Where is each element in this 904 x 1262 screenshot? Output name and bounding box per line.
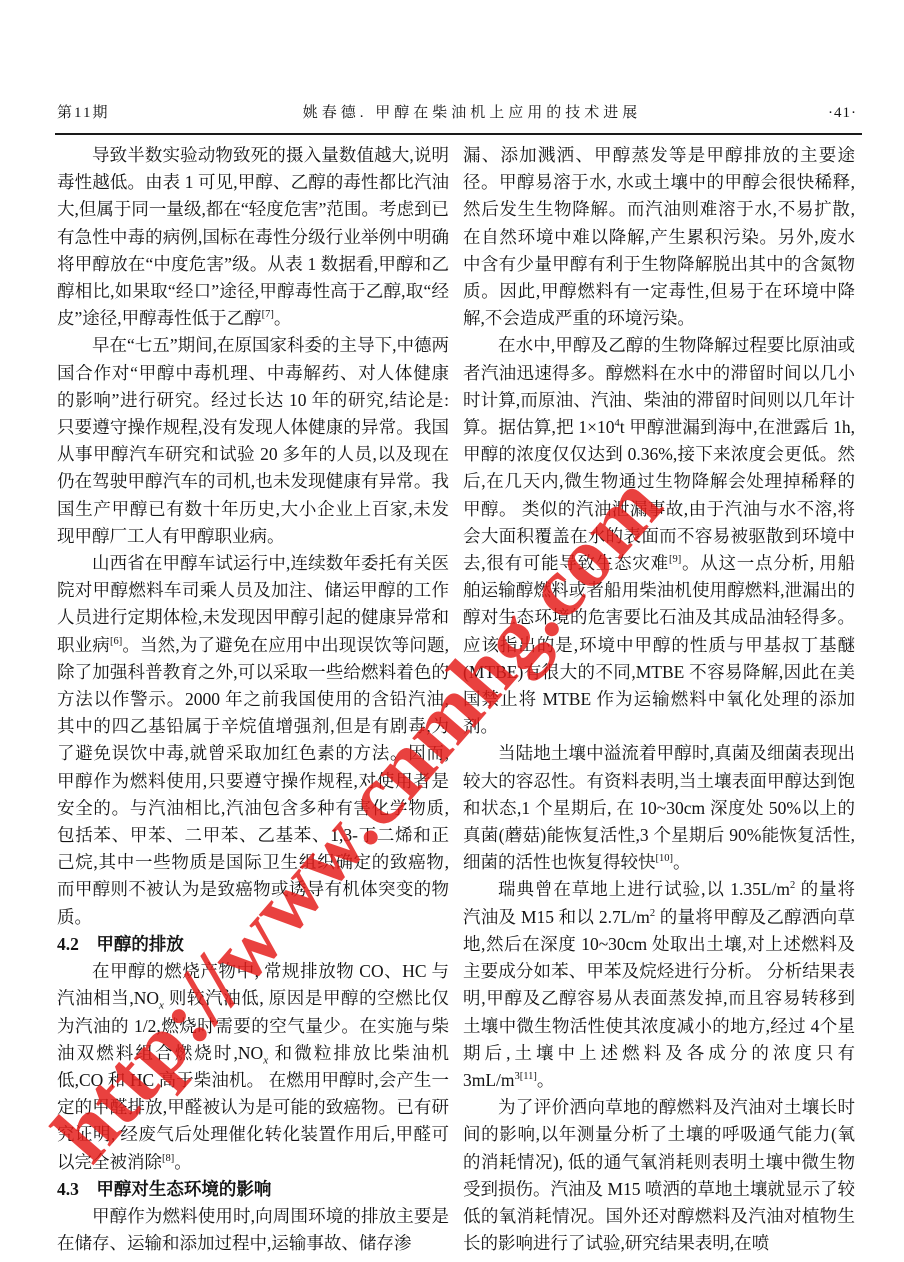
right-column: 漏、添加溅洒、甲醇蒸发等是甲醇排放的主要途径。甲醇易溶于水, 水或土壤中的甲醇会… — [463, 142, 855, 1257]
paragraph: 导致半数实验动物致死的摄入量数值越大,说明毒性越低。由表 1 可见,甲醇、乙醇的… — [57, 142, 449, 332]
section-heading: 4.2 甲醇的排放 — [57, 931, 449, 958]
section-heading: 4.3 甲醇对生态环境的影响 — [57, 1176, 449, 1203]
left-column: 导致半数实验动物致死的摄入量数值越大,说明毒性越低。由表 1 可见,甲醇、乙醇的… — [57, 142, 449, 1257]
paragraph: 漏、添加溅洒、甲醇蒸发等是甲醇排放的主要途径。甲醇易溶于水, 水或土壤中的甲醇会… — [463, 142, 855, 332]
paragraph: 为了评价洒向草地的醇燃料及汽油对土壤长时间的影响,以年测量分析了土壤的呼吸通气能… — [463, 1094, 855, 1257]
paragraph: 在水中,甲醇及乙醇的生物降解过程要比原油或者汽油迅速得多。醇燃料在水中的滞留时间… — [463, 332, 855, 740]
paragraph: 甲醇作为燃料使用时,向周围环境的排放主要是在储存、运输和添加过程中,运输事故、储… — [57, 1203, 449, 1257]
paragraph: 在甲醇的燃烧产物中, 常规排放物 CO、HC 与汽油相当,NOx 则较汽油低, … — [57, 958, 449, 1176]
running-title: 姚春德. 甲醇在柴油机上应用的技术进展 — [177, 102, 767, 124]
paragraph: 早在“七五”期间,在原国家科委的主导下,中德两国合作对“甲醇中毒机理、中毒解药、… — [57, 332, 449, 550]
page-header: 第11期 姚春德. 甲醇在柴油机上应用的技术进展 ·41· — [57, 102, 857, 124]
issue-label: 第11期 — [57, 102, 177, 124]
paragraph: 当陆地土壤中溢流着甲醇时,真菌及细菌表现出较大的容忍性。有资料表明,当土壤表面甲… — [463, 740, 855, 876]
header-rule — [55, 133, 862, 135]
paragraph: 瑞典曾在草地上进行试验,以 1.35L/m2 的量将汽油及 M15 和以 2.7… — [463, 876, 855, 1094]
article-body: 导致半数实验动物致死的摄入量数值越大,说明毒性越低。由表 1 可见,甲醇、乙醇的… — [57, 142, 856, 1257]
journal-page-scan: 第11期 姚春德. 甲醇在柴油机上应用的技术进展 ·41· 导致半数实验动物致死… — [0, 0, 904, 1262]
page-number: ·41· — [767, 102, 857, 124]
paragraph: 山西省在甲醇车试运行中,连续数年委托有关医院对甲醇燃料车司乘人员及加注、储运甲醇… — [57, 550, 449, 931]
